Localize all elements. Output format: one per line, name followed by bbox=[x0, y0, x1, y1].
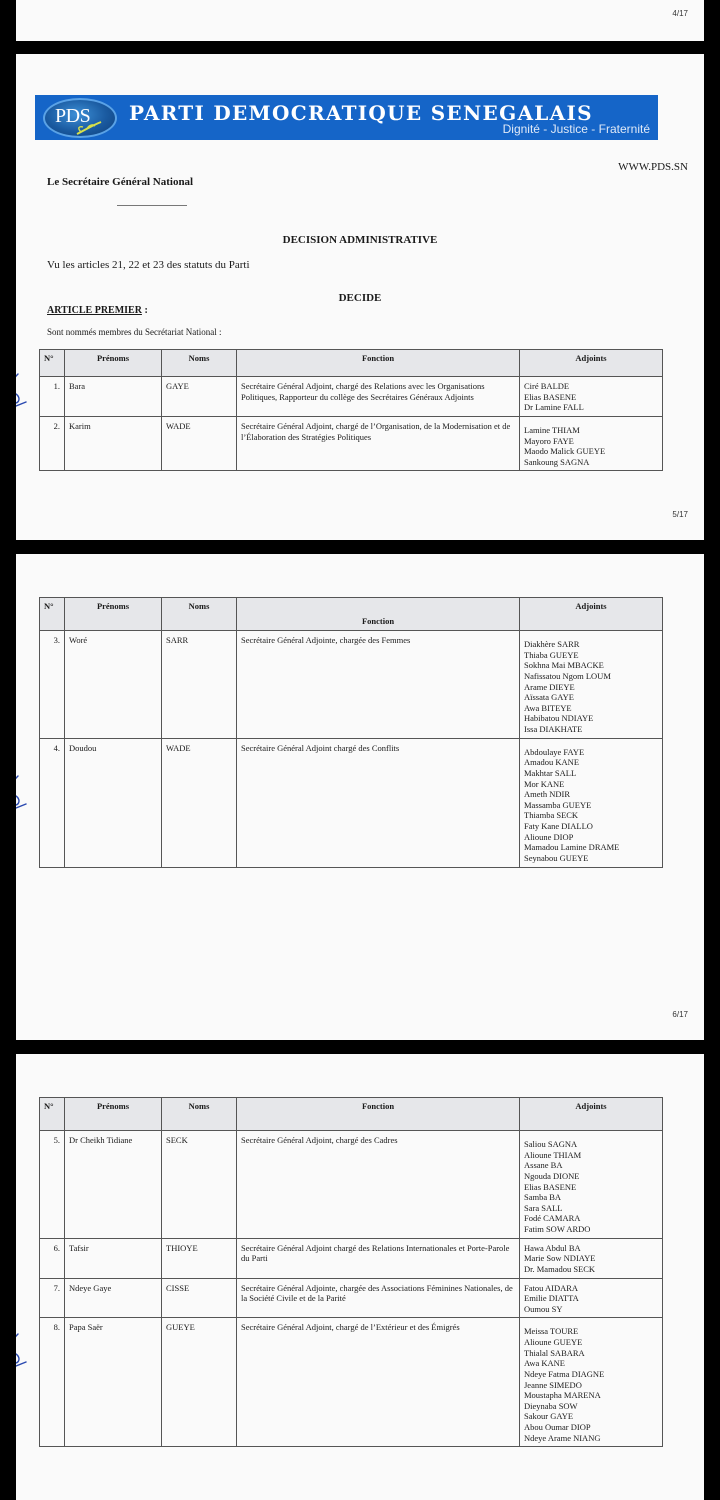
table-header-row: N° Prénoms Noms Fonction Adjoints bbox=[40, 598, 663, 631]
deputy-name: Massamba GUEYE bbox=[524, 800, 658, 811]
website-link[interactable]: WWW.PDS.SN bbox=[618, 161, 688, 173]
deputy-name: Diakhère SARR bbox=[524, 639, 658, 650]
deputy-name: Awa KANE bbox=[524, 1358, 658, 1369]
col-header-prenoms: Prénoms bbox=[65, 1098, 162, 1131]
page-6: N° Prénoms Noms Fonction Adjoints 3.Woré… bbox=[16, 554, 704, 1040]
signatory-title: Le Secrétaire Général National bbox=[47, 176, 193, 188]
row-number: 5. bbox=[40, 1131, 65, 1239]
last-name-cell: CISSE bbox=[162, 1278, 237, 1318]
row-number: 3. bbox=[40, 631, 65, 739]
deputy-name: Seynabou GUEYE bbox=[524, 853, 658, 864]
deputies-cell: Diakhère SARRThiaba GUEYESokhna Mai MBAC… bbox=[520, 631, 663, 739]
col-header-adjoints: Adjoints bbox=[520, 1098, 663, 1131]
table-row: 4.DoudouWADESecrétaire Général Adjoint c… bbox=[40, 738, 663, 867]
party-motto: Dignité - Justice - Fraternité bbox=[503, 122, 650, 136]
leaf-icon bbox=[75, 120, 103, 136]
table-row: 3.WoréSARRSecrétaire Général Adjointe, c… bbox=[40, 631, 663, 739]
pds-leaf-logo-icon: PDS bbox=[43, 98, 117, 138]
preamble: Vu les articles 21, 22 et 23 des statuts… bbox=[47, 259, 250, 271]
col-header-prenoms: Prénoms bbox=[65, 598, 162, 631]
handwritten-initials-icon bbox=[16, 774, 30, 818]
deputies-cell: Abdoulaye FAYEAmadou KANEMakhtar SALLMor… bbox=[520, 738, 663, 867]
deputy-name: Fodé CAMARA bbox=[524, 1213, 658, 1224]
first-names-cell: Doudou bbox=[65, 738, 162, 867]
function-cell: Secrétaire Général Adjoint chargé des Re… bbox=[237, 1238, 520, 1278]
first-names-cell: Karim bbox=[65, 416, 162, 471]
deputy-name: Hawa Abdul BA bbox=[524, 1243, 658, 1254]
first-names-cell: Bara bbox=[65, 377, 162, 417]
last-name-cell: GUEYE bbox=[162, 1318, 237, 1447]
deputies-cell: Lamine THIAMMayoro FAYEMaodo Malick GUEY… bbox=[520, 416, 663, 471]
last-name-cell: SARR bbox=[162, 631, 237, 739]
table-row: 5.Dr Cheikh TidianeSECKSecrétaire Généra… bbox=[40, 1131, 663, 1239]
deputy-name: Dr Lamine FALL bbox=[524, 402, 658, 413]
col-header-fonction: Fonction bbox=[237, 1098, 520, 1131]
page-number: 4/17 bbox=[672, 9, 688, 18]
last-name-cell: SECK bbox=[162, 1131, 237, 1239]
deputies-cell: Meissa TOUREAlioune GUEYEThialal SABARAA… bbox=[520, 1318, 663, 1447]
article-heading: ARTICLE PREMIER : bbox=[47, 305, 148, 316]
row-number: 8. bbox=[40, 1318, 65, 1447]
last-name-cell: WADE bbox=[162, 738, 237, 867]
table-row: 1.BaraGAYESecrétaire Général Adjoint, ch… bbox=[40, 377, 663, 417]
deputies-cell: Hawa Abdul BAMarie Sow NDIAYEDr. Mamadou… bbox=[520, 1238, 663, 1278]
page-7: N° Prénoms Noms Fonction Adjoints 5.Dr C… bbox=[16, 1054, 704, 1500]
function-cell: Secrétaire Général Adjoint, chargé de l’… bbox=[237, 1318, 520, 1447]
page-number: 6/17 bbox=[672, 1010, 688, 1019]
col-header-noms: Noms bbox=[162, 350, 237, 377]
function-cell: Secrétaire Général Adjoint, chargé des R… bbox=[237, 377, 520, 417]
first-names-cell: Dr Cheikh Tidiane bbox=[65, 1131, 162, 1239]
deputy-name: Sara SALL bbox=[524, 1203, 658, 1214]
deputy-name: Sankoung SAGNA bbox=[524, 457, 658, 468]
deputy-name: Thialal SABARA bbox=[524, 1348, 658, 1359]
handwritten-initials-icon bbox=[16, 372, 30, 416]
deputy-name: Marie Sow NDIAYE bbox=[524, 1253, 658, 1264]
col-header-fonction: Fonction bbox=[237, 598, 520, 631]
appointments-table: N° Prénoms Noms Fonction Adjoints 1.Bara… bbox=[39, 349, 663, 471]
first-names-cell: Tafsir bbox=[65, 1238, 162, 1278]
deputy-name: Emilie DIATTA bbox=[524, 1293, 658, 1304]
page-5: PDS PARTI DEMOCRATIQUE SENEGALAIS Dignit… bbox=[16, 54, 704, 540]
function-cell: Secrétaire Général Adjoint, chargé des C… bbox=[237, 1131, 520, 1239]
col-header-prenoms: Prénoms bbox=[65, 350, 162, 377]
deputy-name: Aïssata GAYE bbox=[524, 692, 658, 703]
page-number: 5/17 bbox=[672, 510, 688, 519]
deputies-cell: Fatou AIDARAEmilie DIATTAOumou SY bbox=[520, 1278, 663, 1318]
deputy-name: Samba BA bbox=[524, 1192, 658, 1203]
deputy-name: Faty Kane DIALLO bbox=[524, 821, 658, 832]
decide-heading: DECIDE bbox=[16, 292, 704, 304]
deputies-cell: Saliou SAGNAAlioune THIAMAssane BANgouda… bbox=[520, 1131, 663, 1239]
deputy-name: Lamine THIAM bbox=[524, 425, 658, 436]
deputy-name: Ndeye Arame NIANG bbox=[524, 1433, 658, 1444]
deputy-name: Dr. Mamadou SECK bbox=[524, 1264, 658, 1275]
deputy-name: Nafissatou Ngom LOUM bbox=[524, 671, 658, 682]
party-banner: PDS PARTI DEMOCRATIQUE SENEGALAIS Dignit… bbox=[35, 95, 658, 140]
col-header-noms: Noms bbox=[162, 598, 237, 631]
article-suffix: : bbox=[142, 305, 148, 316]
function-cell: Secrétaire Général Adjointe, chargée des… bbox=[237, 631, 520, 739]
deputy-name: Thiaba GUEYE bbox=[524, 650, 658, 661]
deputy-name: Maodo Malick GUEYE bbox=[524, 446, 658, 457]
last-name-cell: WADE bbox=[162, 416, 237, 471]
first-names-cell: Ndeye Gaye bbox=[65, 1278, 162, 1318]
deputy-name: Abdoulaye FAYE bbox=[524, 747, 658, 758]
deputy-name: Ndeye Fatma DIAGNE bbox=[524, 1369, 658, 1380]
function-cell: Secrétaire Général Adjointe, chargée des… bbox=[237, 1278, 520, 1318]
row-number: 2. bbox=[40, 416, 65, 471]
table-header-row: N° Prénoms Noms Fonction Adjoints bbox=[40, 1098, 663, 1131]
deputy-name: Ngouda DIONE bbox=[524, 1171, 658, 1182]
deputy-name: Elias BASENE bbox=[524, 392, 658, 403]
col-header-fonction: Fonction bbox=[237, 350, 520, 377]
deputy-name: Mor KANE bbox=[524, 779, 658, 790]
last-name-cell: THIOYE bbox=[162, 1238, 237, 1278]
deputy-name: Alioune DIOP bbox=[524, 832, 658, 843]
col-header-adjoints: Adjoints bbox=[520, 350, 663, 377]
deputy-name: Ciré BALDE bbox=[524, 381, 658, 392]
deputy-name: Elias BASENE bbox=[524, 1182, 658, 1193]
deputy-name: Awa BITEYE bbox=[524, 703, 658, 714]
table-row: 2.KarimWADESecrétaire Général Adjoint, c… bbox=[40, 416, 663, 471]
deputy-name: Moustapha MARENA bbox=[524, 1390, 658, 1401]
last-name-cell: GAYE bbox=[162, 377, 237, 417]
deputy-name: Mamadou Lamine DRAME bbox=[524, 842, 658, 853]
deputy-name: Oumou SY bbox=[524, 1304, 658, 1315]
col-header-no: N° bbox=[40, 598, 65, 631]
appointments-table: N° Prénoms Noms Fonction Adjoints 3.Woré… bbox=[39, 597, 663, 868]
function-cell: Secrétaire Général Adjoint chargé des Co… bbox=[237, 738, 520, 867]
function-cell: Secrétaire Général Adjoint, chargé de l’… bbox=[237, 416, 520, 471]
table-row: 8.Papa SaërGUEYESecrétaire Général Adjoi… bbox=[40, 1318, 663, 1447]
first-names-cell: Papa Saër bbox=[65, 1318, 162, 1447]
deputy-name: Sakour GAYE bbox=[524, 1411, 658, 1422]
first-names-cell: Woré bbox=[65, 631, 162, 739]
table-row: 7.Ndeye GayeCISSESecrétaire Général Adjo… bbox=[40, 1278, 663, 1318]
deputy-name: Sokhna Mai MBACKE bbox=[524, 660, 658, 671]
table-row: 6.TafsirTHIOYESecrétaire Général Adjoint… bbox=[40, 1238, 663, 1278]
col-header-noms: Noms bbox=[162, 1098, 237, 1131]
document-title: DECISION ADMINISTRATIVE bbox=[16, 234, 704, 246]
divider bbox=[117, 205, 187, 206]
deputy-name: Mayoro FAYE bbox=[524, 436, 658, 447]
deputy-name: Arame DIEYE bbox=[524, 682, 658, 693]
appointments-table: N° Prénoms Noms Fonction Adjoints 5.Dr C… bbox=[39, 1097, 663, 1447]
handwritten-initials-icon bbox=[16, 1332, 30, 1376]
col-header-adjoints: Adjoints bbox=[520, 598, 663, 631]
deputy-name: Makhtar SALL bbox=[524, 768, 658, 779]
deputy-name: Assane BA bbox=[524, 1160, 658, 1171]
page-4: 4/17 bbox=[16, 0, 704, 41]
deputy-name: Alioune GUEYE bbox=[524, 1337, 658, 1348]
col-header-no: N° bbox=[40, 1098, 65, 1131]
row-number: 7. bbox=[40, 1278, 65, 1318]
deputy-name: Meissa TOURE bbox=[524, 1326, 658, 1337]
row-number: 6. bbox=[40, 1238, 65, 1278]
deputy-name: Ameth NDIR bbox=[524, 789, 658, 800]
row-number: 4. bbox=[40, 738, 65, 867]
deputy-name: Jeanne SIMEDO bbox=[524, 1380, 658, 1391]
deputy-name: Abou Oumar DIOP bbox=[524, 1422, 658, 1433]
deputy-name: Amadou KANE bbox=[524, 757, 658, 768]
col-header-no: N° bbox=[40, 350, 65, 377]
deputy-name: Habibatou NDIAYE bbox=[524, 713, 658, 724]
row-number: 1. bbox=[40, 377, 65, 417]
intro-text: Sont nommés membres du Secrétariat Natio… bbox=[47, 327, 221, 337]
deputies-cell: Ciré BALDEElias BASENEDr Lamine FALL bbox=[520, 377, 663, 417]
deputy-name: Thiamba SECK bbox=[524, 810, 658, 821]
deputy-name: Fatim SOW ARDO bbox=[524, 1224, 658, 1235]
table-header-row: N° Prénoms Noms Fonction Adjoints bbox=[40, 350, 663, 377]
deputy-name: Fatou AIDARA bbox=[524, 1283, 658, 1294]
deputy-name: Dieynaba SOW bbox=[524, 1401, 658, 1412]
deputy-name: Alioune THIAM bbox=[524, 1150, 658, 1161]
deputy-name: Saliou SAGNA bbox=[524, 1139, 658, 1150]
article-label: ARTICLE PREMIER bbox=[47, 305, 142, 316]
deputy-name: Issa DIAKHATE bbox=[524, 724, 658, 735]
